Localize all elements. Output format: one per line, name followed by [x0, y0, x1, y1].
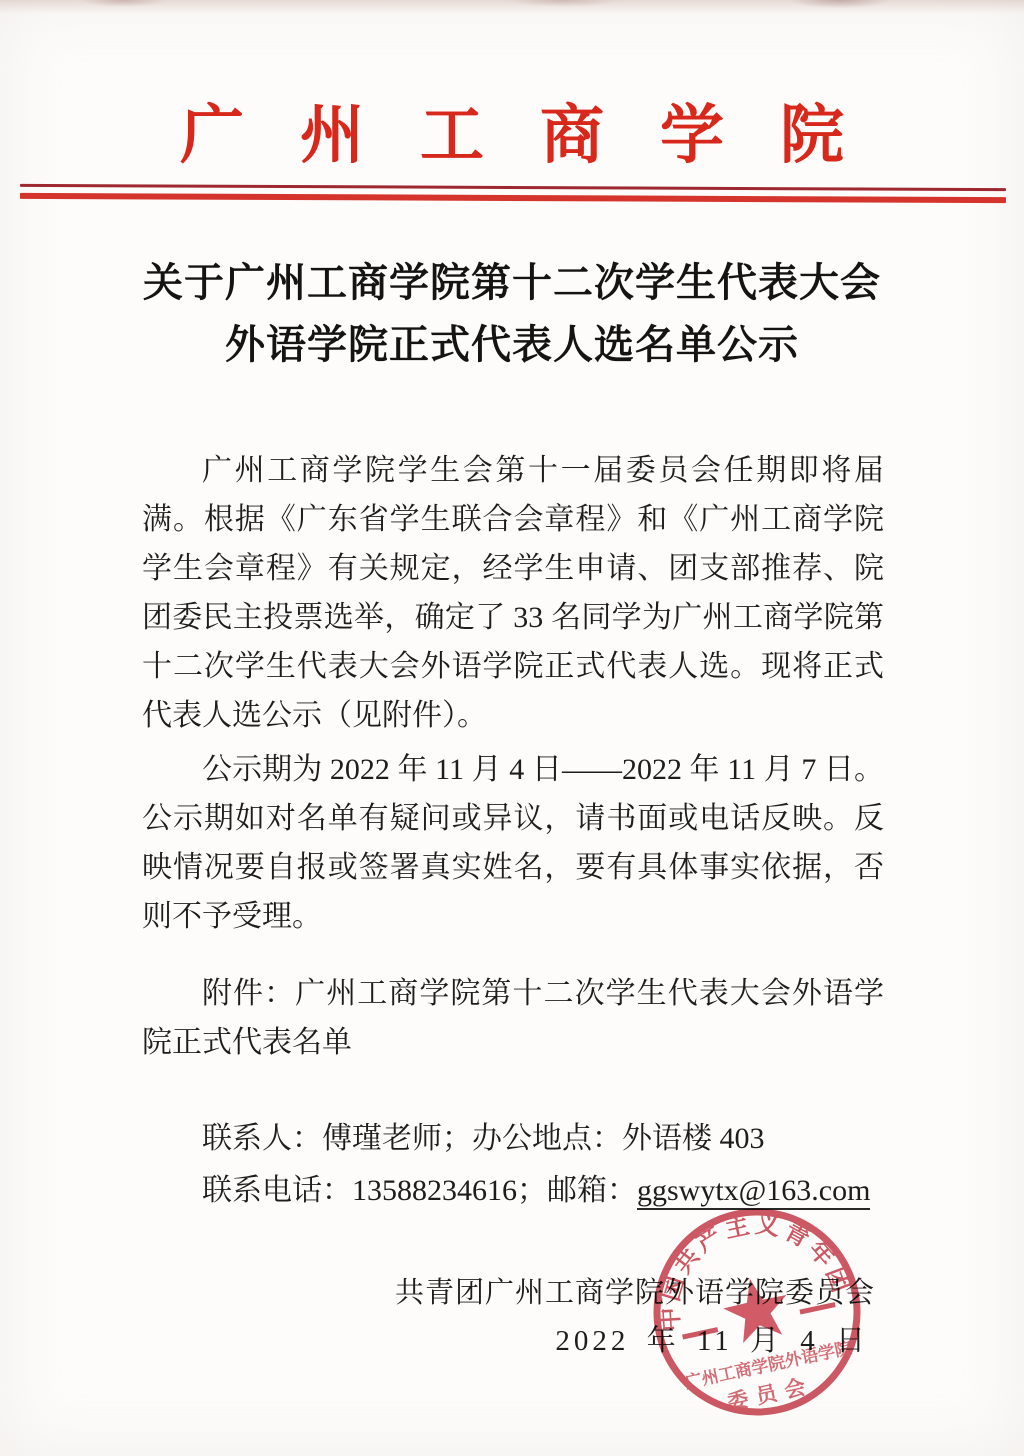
- signature-date: 2022 年 11 月 4 日: [555, 1318, 869, 1359]
- scan-artifact-top-edge: [0, 0, 1024, 16]
- contact-block: 联系人：傅瑾老师；办公地点：外语楼 403 联系电话：13588234616；邮…: [142, 1113, 884, 1217]
- document-title-line2: 外语学院正式代表人选名单公示: [60, 314, 964, 376]
- body-paragraph-intro: 广州工商学院学生会第十一届委员会任期即将届满。根据《广东省学生联合会章程》和《广…: [142, 446, 884, 740]
- contact-phone-line: 联系电话：13588234616；邮箱：ggswytx@163.com: [142, 1165, 884, 1217]
- header-rule-thick: [20, 193, 1006, 203]
- document-title-line1: 关于广州工商学院第十二次学生代表大会: [60, 252, 964, 314]
- body-paragraph-publicity-period: 公示期为 2022 年 11 月 4 日——2022 年 11 月 7 日。公示…: [142, 745, 884, 941]
- signature-organization: 共青团广州工商学院外语学院委员会: [395, 1270, 875, 1311]
- document-title: 关于广州工商学院第十二次学生代表大会 外语学院正式代表人选名单公示: [60, 252, 964, 376]
- contact-email: ggswytx@163.com: [637, 1174, 870, 1210]
- contact-phone-prefix: 联系电话：13588234616；邮箱：: [202, 1174, 637, 1207]
- document-page: 广州工商学院 关于广州工商学院第十二次学生代表大会 外语学院正式代表人选名单公示…: [0, 0, 1024, 1456]
- header-rule-thin: [20, 184, 1006, 191]
- document-body: 广州工商学院学生会第十一届委员会任期即将届满。根据《广东省学生联合会章程》和《广…: [142, 446, 884, 1217]
- attachment-note: 附件：广州工商学院第十二次学生代表大会外语学院正式代表名单: [142, 969, 884, 1067]
- seal-ring: [638, 1193, 875, 1430]
- school-name-header: 广州工商学院: [0, 84, 1024, 176]
- seal-bottom-line: 委员会: [725, 1373, 815, 1415]
- contact-person-line: 联系人：傅瑾老师；办公地点：外语楼 403: [142, 1113, 884, 1165]
- official-seal: 中国共产主义青年团 广州工商学院外语学院 委员会: [625, 1180, 889, 1444]
